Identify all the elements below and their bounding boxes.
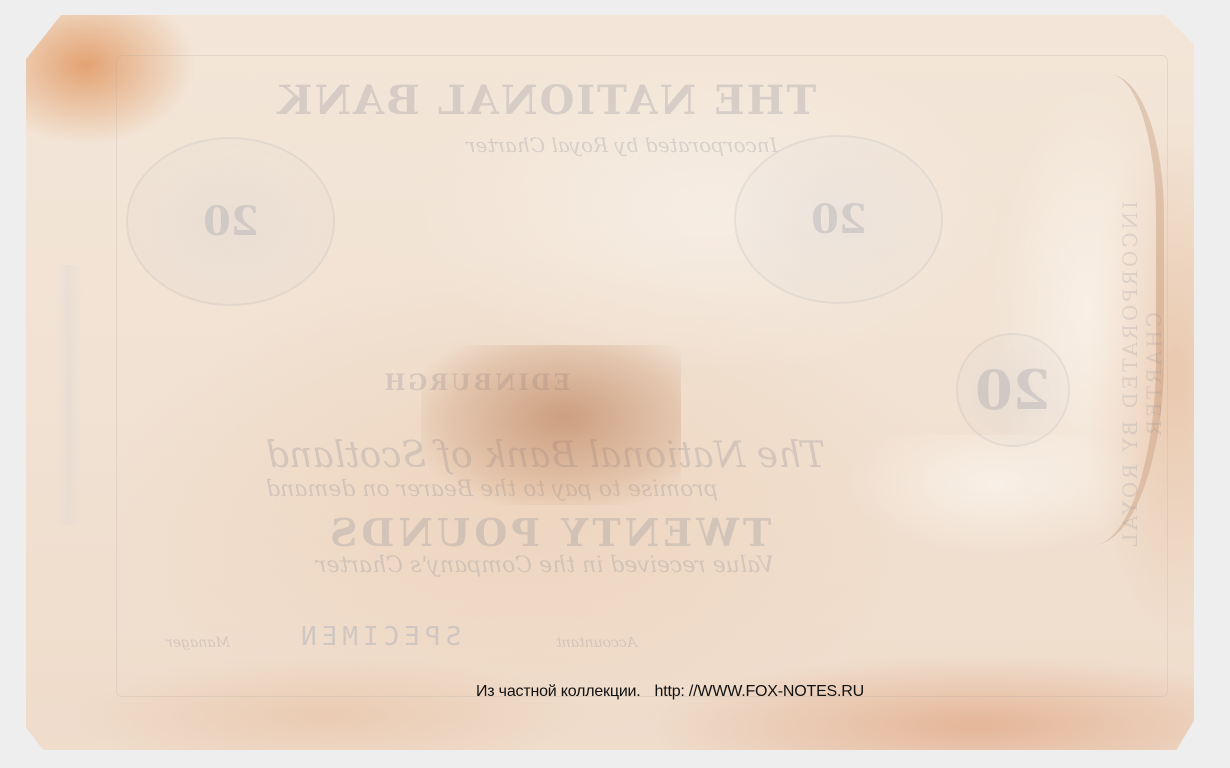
show-through-amount: TWENTY POUNDS: [326, 510, 771, 555]
show-through-left-border: [56, 265, 82, 525]
denomination-oval-right: 20: [734, 135, 943, 304]
denomination-oval-left: 20: [126, 137, 335, 306]
show-through-bank-line: The National Bank of Scotland: [266, 435, 825, 476]
denomination-numeral: 20: [811, 196, 867, 243]
banknote-paper: THE NATIONAL BANK Incorporated by Royal …: [26, 15, 1194, 750]
show-through-signature-right: Accountant: [556, 635, 637, 651]
show-through-title: THE NATIONAL BANK: [156, 77, 936, 124]
show-through-incorporated: Incorporated by Royal Charter: [466, 133, 778, 157]
denomination-seal: 20: [956, 333, 1070, 447]
show-through-promise: promise to pay to the Bearer on demand: [266, 477, 718, 502]
caption-url: http: //WWW.FOX-NOTES.RU: [655, 683, 864, 700]
collection-caption: Из частной коллекции.http: //WWW.FOX-NOT…: [476, 683, 896, 701]
show-through-signature-left: Manager: [166, 635, 230, 651]
show-through-vertical-text: INCORPORATED BY ROYAL CHARTER: [1118, 135, 1148, 615]
show-through-specimen: SPECIMEN: [296, 622, 461, 652]
denomination-numeral: 20: [975, 358, 1050, 422]
show-through-place: EDINBURGH: [266, 370, 686, 396]
show-through-value-line: Value received in the Company's Charter: [316, 553, 774, 578]
caption-text: Из частной коллекции.: [476, 683, 641, 700]
denomination-numeral: 20: [203, 198, 259, 245]
